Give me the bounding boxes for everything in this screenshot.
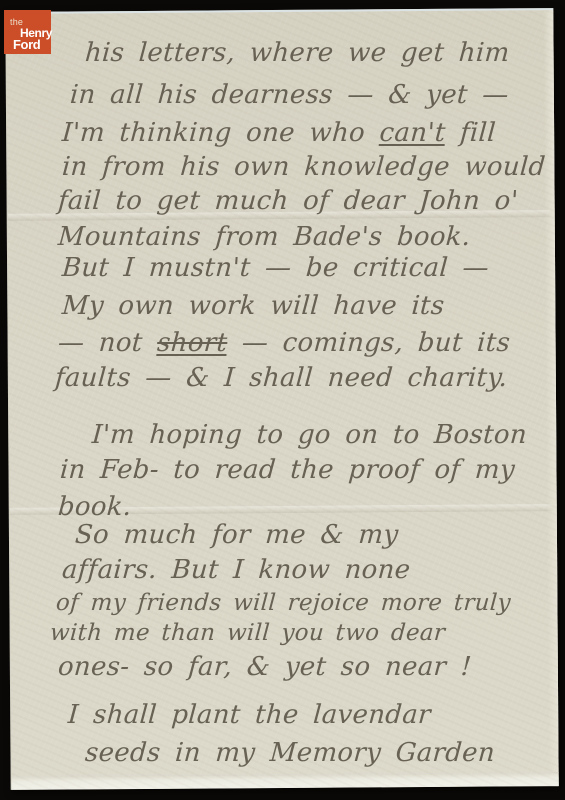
line-3-pre: I'm thinking one who bbox=[61, 118, 381, 148]
logo-word-ford: Ford bbox=[13, 38, 40, 51]
handwritten-line-8: My own work will have its bbox=[61, 291, 446, 321]
handwritten-line-20: seeds in my Memory Garden bbox=[84, 738, 496, 768]
handwritten-line-3: I'm thinking one who can't fill bbox=[61, 118, 497, 148]
handwritten-line-9: — not short — comings, but its bbox=[57, 328, 511, 358]
line-3-underlined-word: can't bbox=[379, 118, 447, 148]
handwritten-line-16: of my friends will rejoice more truly bbox=[55, 590, 512, 616]
line-9-post: — comings, but its bbox=[226, 328, 511, 358]
handwritten-line-19: I shall plant the lavendar bbox=[67, 700, 432, 730]
scan-background: the Henry Ford his letters, where we get… bbox=[0, 0, 565, 800]
handwritten-text-layer: his letters, where we get him in all his… bbox=[0, 0, 565, 800]
handwritten-line-14: So much for me & my bbox=[74, 520, 400, 550]
handwritten-line-11: I'm hoping to go on to Boston bbox=[91, 420, 528, 450]
handwritten-line-17: with me than will you two dear bbox=[49, 620, 446, 646]
handwritten-line-13: book. bbox=[57, 492, 133, 522]
handwritten-line-1: his letters, where we get him bbox=[84, 38, 511, 68]
handwritten-line-2: in all his dearness — & yet — bbox=[69, 80, 510, 110]
handwritten-line-5: fail to get much of dear John o' bbox=[57, 186, 519, 216]
handwritten-line-6: Mountains from Bade's book. bbox=[57, 222, 472, 252]
handwritten-line-4: in from his own knowledge would bbox=[61, 152, 547, 182]
line-9-pre: — not bbox=[57, 328, 158, 358]
henry-ford-logo: the Henry Ford bbox=[4, 10, 51, 54]
handwritten-line-15: affairs. But I know none bbox=[61, 555, 411, 585]
handwritten-line-7: But I mustn't — be critical — bbox=[61, 253, 490, 283]
line-3-post: fill bbox=[444, 118, 496, 148]
handwritten-line-12: in Feb- to read the proof of my bbox=[59, 455, 516, 485]
handwritten-line-10: faults — & I shall need charity. bbox=[54, 363, 509, 393]
handwritten-line-18: ones- so far, & yet so near ! bbox=[57, 652, 473, 682]
line-9-struck-word: short bbox=[156, 328, 228, 358]
